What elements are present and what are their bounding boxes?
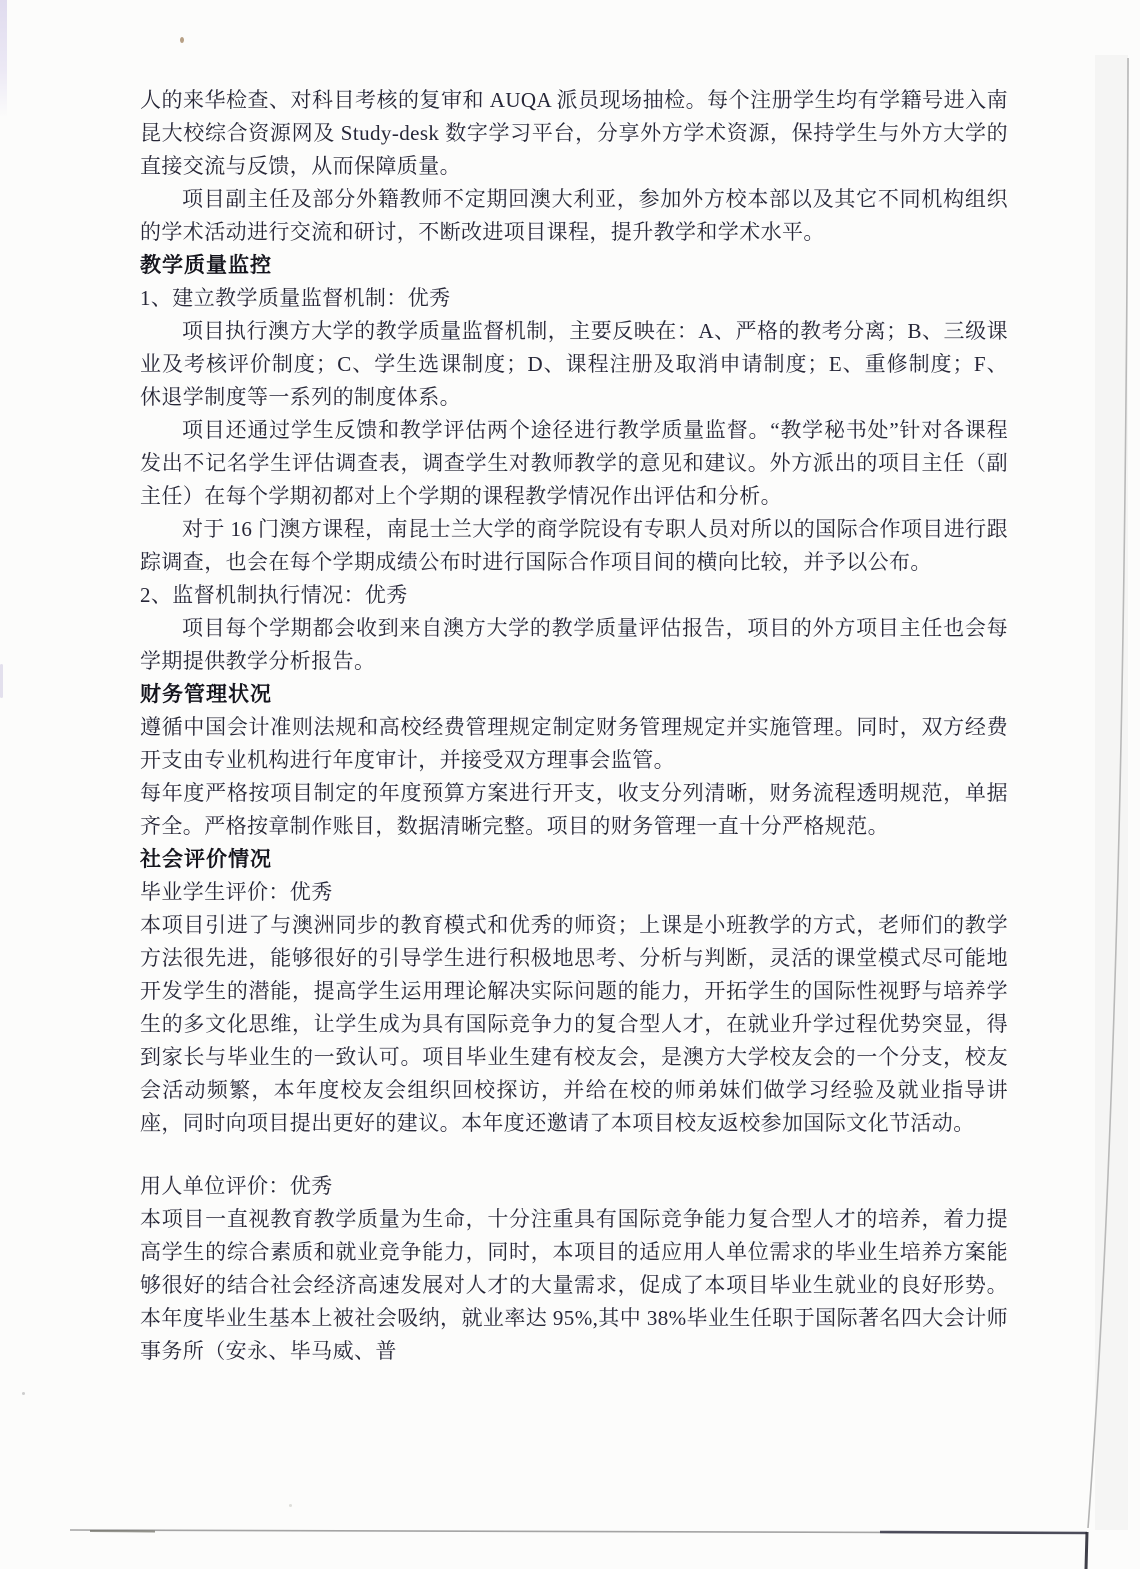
scan-speck bbox=[22, 1392, 25, 1395]
list-item-supervision-execution: 2、监督机制执行情况：优秀 bbox=[140, 579, 1008, 612]
section-heading-financial-management: 财务管理状况 bbox=[140, 678, 1008, 711]
scanned-document-page: 人的来华检查、对科目考核的复审和 AUQA 派员现场抽检。每个注册学生均有学籍号… bbox=[0, 0, 1140, 1569]
label-employer-evaluation-excellent: 用人单位评价：优秀 bbox=[140, 1170, 1008, 1203]
page-edge-shadow-bottom-left-dark bbox=[90, 1531, 155, 1532]
section-heading-teaching-quality-monitoring: 教学质量监控 bbox=[140, 249, 1008, 282]
page-corner-dark-line bbox=[1086, 1532, 1087, 1569]
paragraph-student-feedback-evaluation: 项目还通过学生反馈和教学评估两个途径进行教学质量监督。“教学秘书处”针对各课程发… bbox=[140, 414, 1008, 513]
paragraph-accounting-rules: 遵循中国会计准则法规和高校经费管理规定制定财务管理规定并实施管理。同时，双方经费… bbox=[140, 711, 1008, 777]
paragraph-graduate-evaluation-detail: 本项目引进了与澳洲同步的教育模式和优秀的师资；上课是小班教学的方式，老师们的教学… bbox=[140, 909, 1008, 1140]
paragraph-employer-evaluation-detail: 本项目一直视教育教学质量为生命，十分注重具有国际竞争能力复合型人才的培养，着力提… bbox=[140, 1203, 1008, 1368]
page-edge-shadow-bottom bbox=[70, 1530, 1087, 1533]
page-edge-shadow-right bbox=[1088, 58, 1128, 1528]
scan-speck bbox=[289, 1504, 292, 1507]
paragraph-foreign-teachers-exchange: 项目副主任及部分外籍教师不定期回澳大利亚，参加外方校本部以及其它不同机构组织的学… bbox=[140, 183, 1008, 249]
document-body: 人的来华检查、对科目考核的复审和 AUQA 派员现场抽检。每个注册学生均有学籍号… bbox=[140, 84, 1008, 1368]
page-edge-shadow-bottom-dark bbox=[880, 1532, 1087, 1533]
paragraph-annual-budget: 每年度严格按项目制定的年度预算方案进行开支，收支分列清晰，财务流程透明规范，单据… bbox=[140, 777, 1008, 843]
list-item-supervision-mechanism: 1、建立教学质量监督机制：优秀 bbox=[140, 282, 1008, 315]
paragraph-intro-quality-assurance: 人的来华检查、对科目考核的复审和 AUQA 派员现场抽检。每个注册学生均有学籍号… bbox=[140, 84, 1008, 183]
paragraph-supervision-systems: 项目执行澳方大学的教学质量监督机制，主要反映在：A、严格的教考分离；B、三级课业… bbox=[140, 315, 1008, 414]
section-heading-social-evaluation: 社会评价情况 bbox=[140, 843, 1008, 876]
scan-mark-left-edge bbox=[0, 664, 3, 698]
scan-edge-strip-top-left bbox=[0, 0, 7, 118]
paragraph-australian-courses-tracking: 对于 16 门澳方课程，南昆士兰大学的商学院设有专职人员对所以的国际合作项目进行… bbox=[140, 513, 1008, 579]
label-graduate-evaluation-excellent: 毕业学生评价：优秀 bbox=[140, 876, 1008, 909]
scan-speck bbox=[180, 37, 184, 43]
paragraph-quality-evaluation-reports: 项目每个学期都会收到来自澳方大学的教学质量评估报告，项目的外方项目主任也会每学期… bbox=[140, 612, 1008, 678]
